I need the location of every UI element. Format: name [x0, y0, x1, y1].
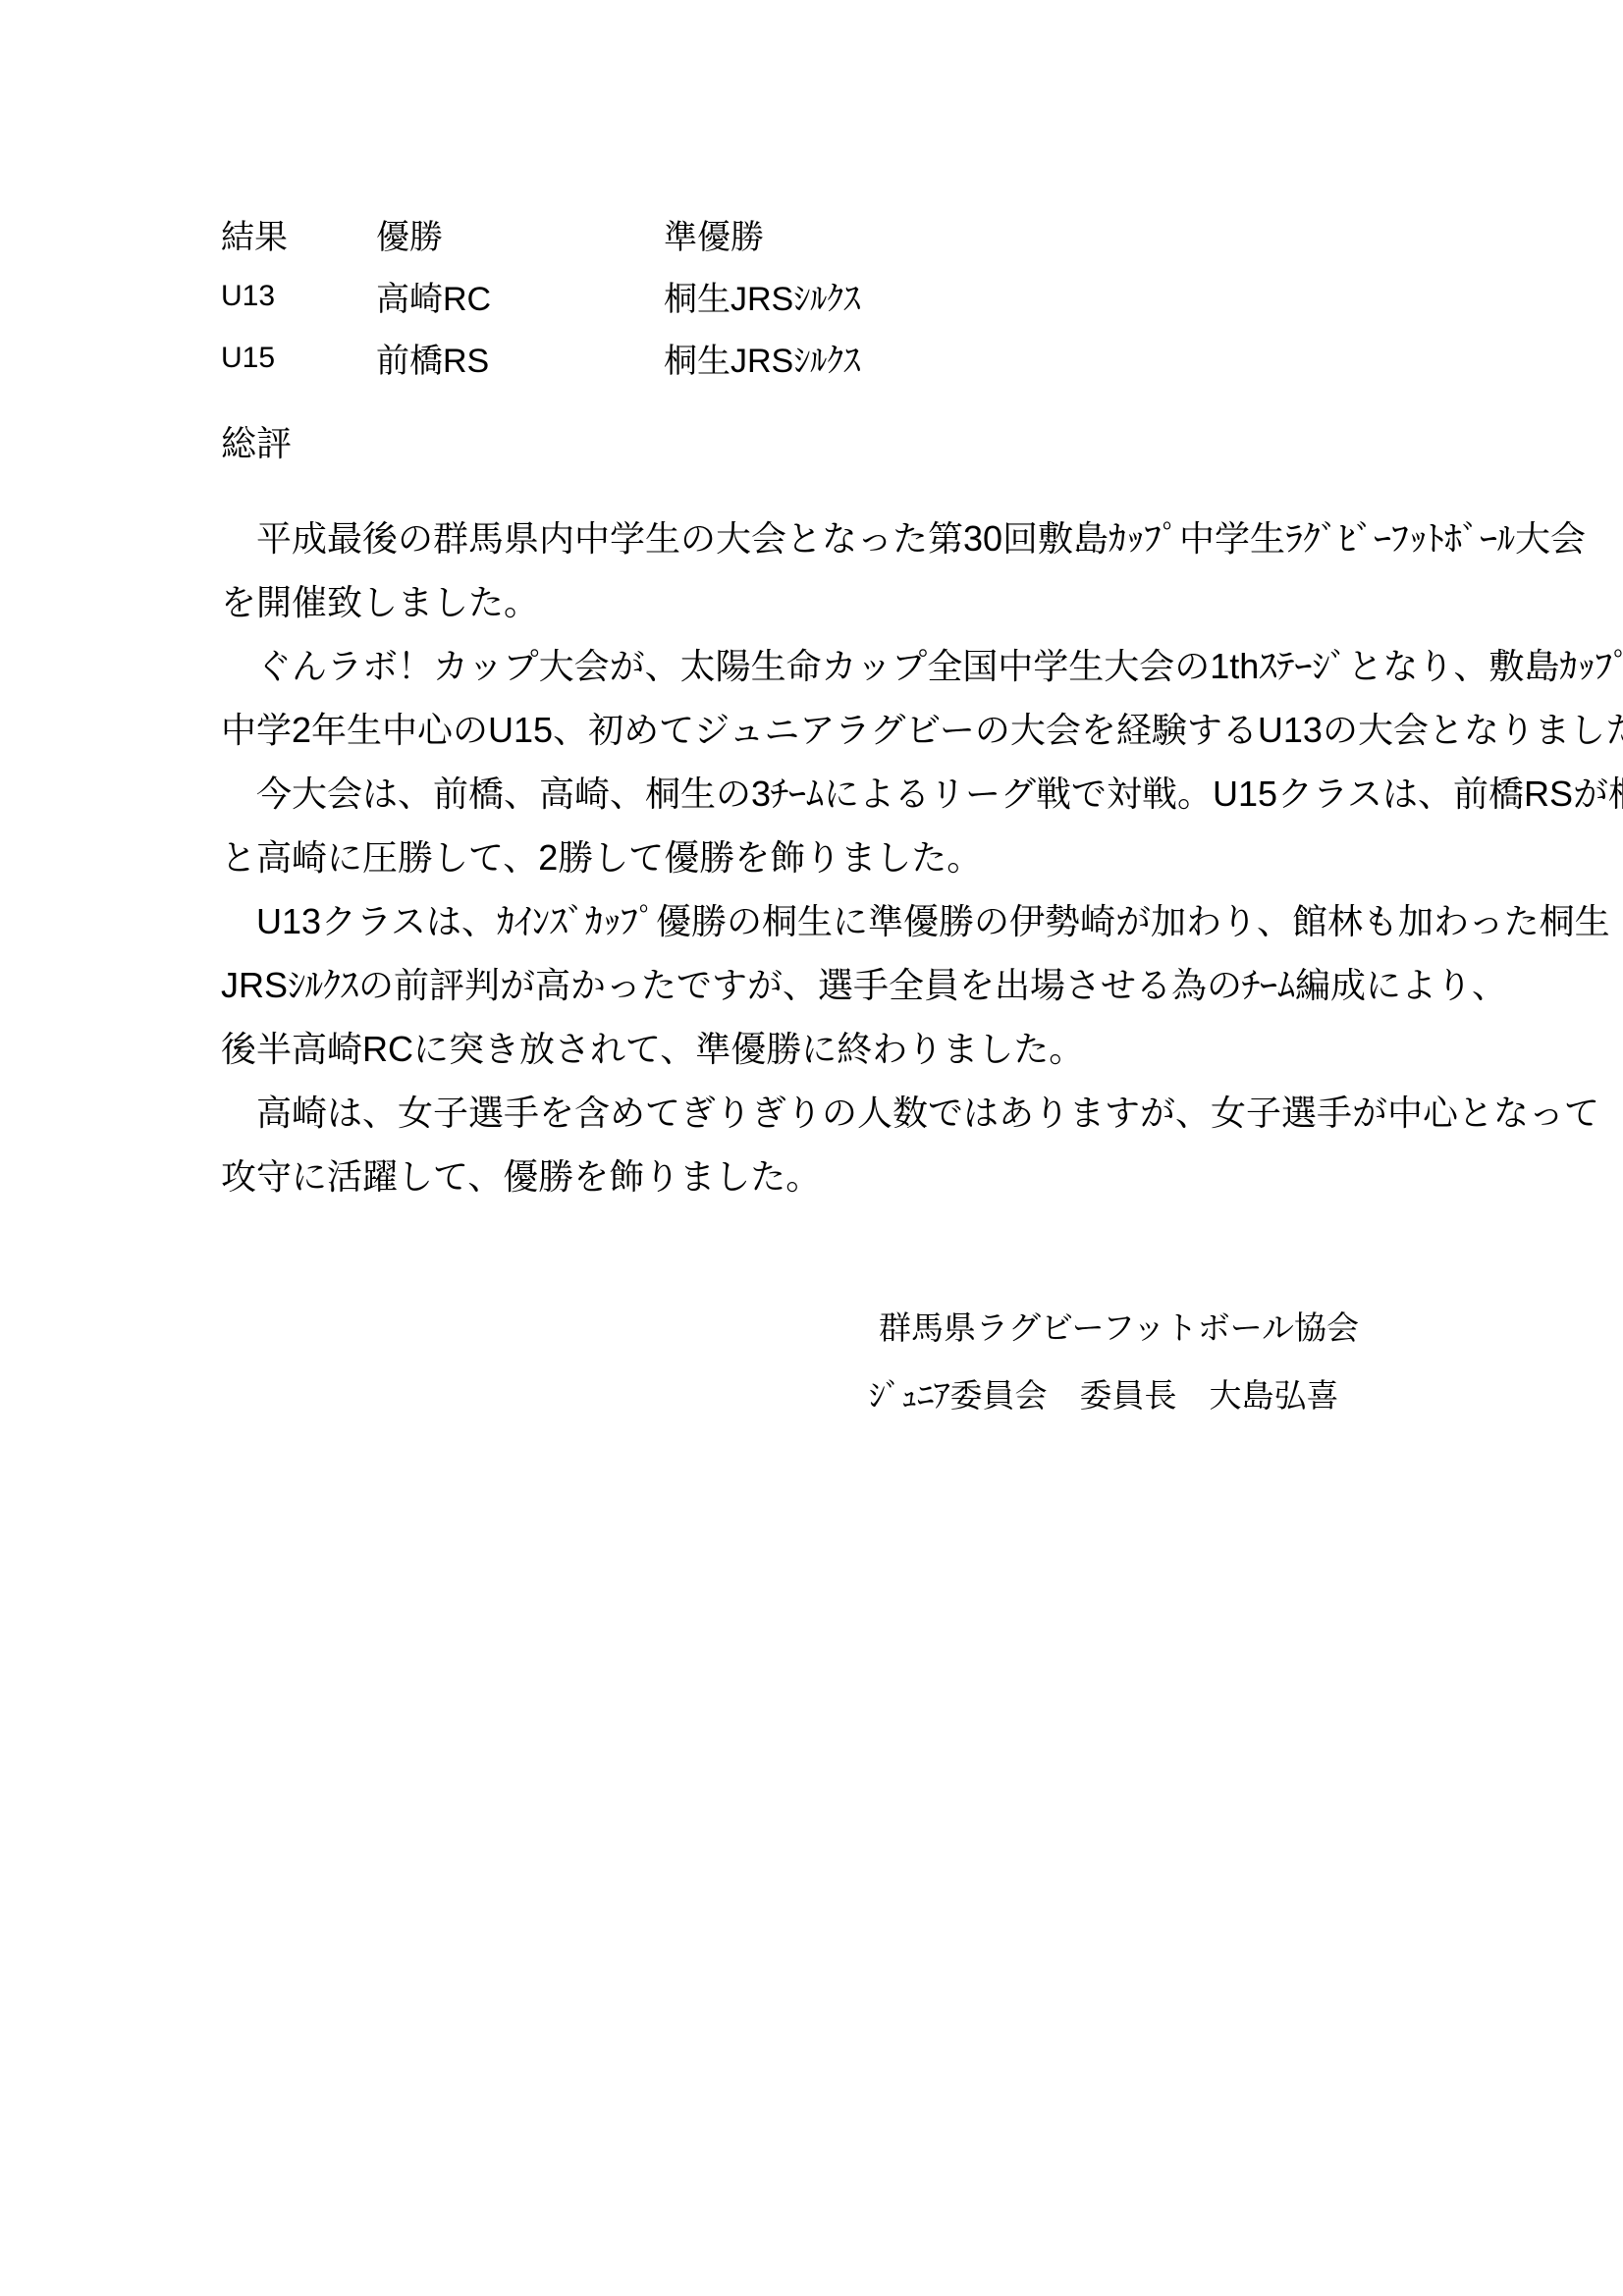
u13-winner: 高崎RC	[376, 272, 664, 320]
section-heading-review: 総評	[221, 416, 292, 466]
body-line: を開催致しました。	[221, 570, 1527, 634]
u15-class-label: U15	[221, 342, 376, 375]
signature-organization: 群馬県ラグビーフットボール協会	[879, 1303, 1359, 1349]
body-line: 今大会は、前橋、高崎、桐生の3ﾁｰﾑによるリーグ戦で対戦。U15クラスは、前橋R…	[221, 762, 1527, 826]
results-header-winner: 優勝	[376, 210, 664, 258]
u13-runner-up: 桐生JRSｼﾙｸｽ	[664, 272, 860, 320]
u15-winner: 前橋RS	[376, 334, 664, 382]
review-body: 平成最後の群馬県内中学生の大会となった第30回敷島ｶｯﾌﾟ中学生ﾗｸﾞﾋﾞｰﾌｯ…	[221, 507, 1527, 1208]
body-line: 後半高崎RCに突き放されて、準優勝に終わりました。	[221, 1017, 1527, 1081]
u13-class-label: U13	[221, 280, 376, 313]
u15-runner-up: 桐生JRSｼﾙｸｽ	[664, 334, 860, 382]
body-line: と高崎に圧勝して、2勝して優勝を飾りました。	[221, 826, 1527, 889]
body-line: ぐんラボ！カップ大会が、太陽生命カップ全国中学生大会の1thｽﾃｰｼﾞとなり、敷…	[221, 634, 1527, 698]
results-header-result: 結果	[221, 210, 376, 258]
document-page: 結果 優勝 準優勝 U13 高崎RC 桐生JRSｼﾙｸｽ U15 前橋RS 桐生…	[0, 0, 1623, 2296]
body-line: 高崎は、女子選手を含めてぎりぎりの人数ではありますが、女子選手が中心となって	[221, 1081, 1527, 1145]
results-header-runner-up: 準優勝	[664, 210, 764, 258]
body-line: 平成最後の群馬県内中学生の大会となった第30回敷島ｶｯﾌﾟ中学生ﾗｸﾞﾋﾞｰﾌｯ…	[221, 507, 1527, 570]
results-header-row: 結果 優勝 準優勝	[221, 203, 860, 265]
body-line: 攻守に活躍して、優勝を飾りました。	[221, 1145, 1527, 1208]
table-row-u13: U13 高崎RC 桐生JRSｼﾙｸｽ	[221, 265, 860, 327]
signature-committee: ｼﾞｭﾆｱ委員会 委員長 大島弘喜	[869, 1370, 1339, 1416]
body-line: 中学2年生中心のU15、初めてジュニアラグビーの大会を経験するU13の大会となり…	[221, 698, 1527, 762]
body-line: U13クラスは、ｶｲﾝｽﾞｶｯﾌﾟ優勝の桐生に準優勝の伊勢崎が加わり、館林も加わ…	[221, 889, 1527, 953]
table-row-u15: U15 前橋RS 桐生JRSｼﾙｸｽ	[221, 327, 860, 389]
body-line: JRSｼﾙｸｽの前評判が高かったですが、選手全員を出場させる為のﾁｰﾑ編成により…	[221, 953, 1527, 1017]
results-table: 結果 優勝 準優勝 U13 高崎RC 桐生JRSｼﾙｸｽ U15 前橋RS 桐生…	[221, 203, 860, 389]
